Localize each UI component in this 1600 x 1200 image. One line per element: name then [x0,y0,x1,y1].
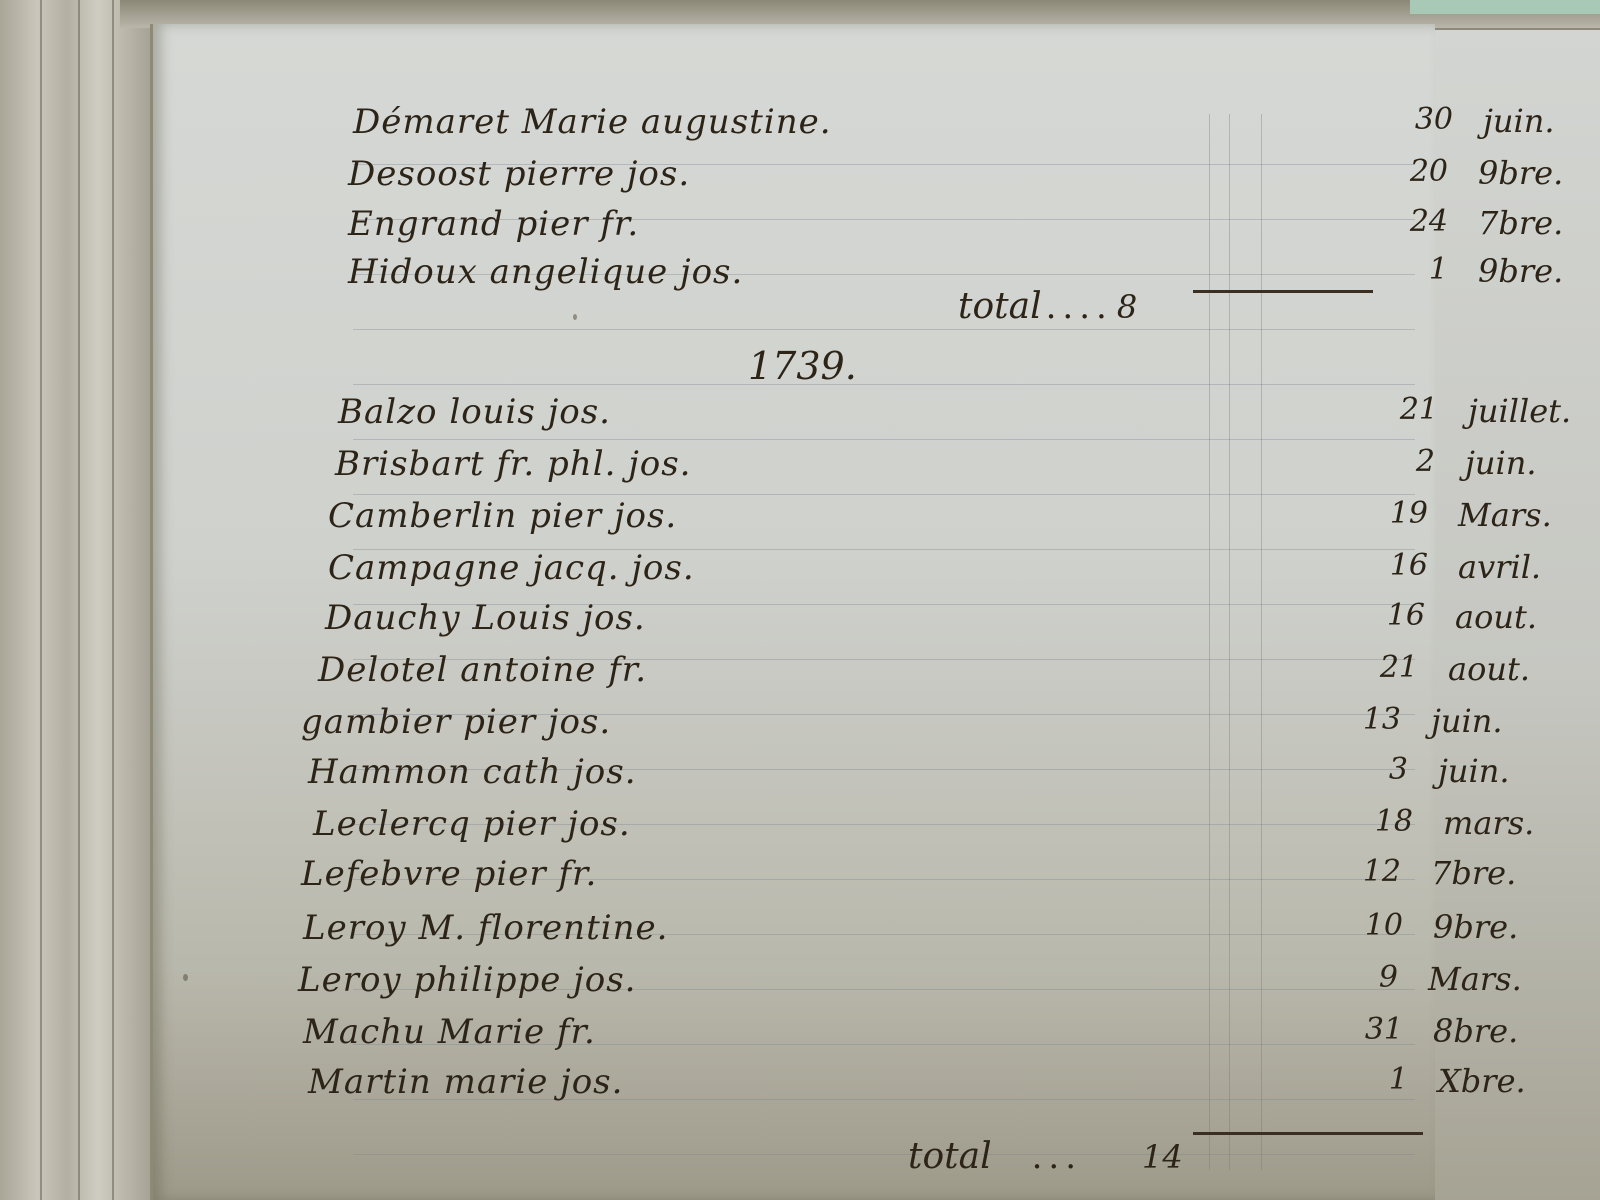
entry-name: Leroy philippe jos. [298,960,636,1000]
entry-day: 1 [1388,252,1448,287]
total-label: total [958,286,1042,327]
register-entry: gambier pier jos. 13 juin. [301,702,611,756]
register-entry: Desoost pierre jos. 20 9bre. [348,154,690,208]
entry-day: 18 [1353,804,1413,839]
entry-name: Lefebvre pier fr. [301,854,597,894]
register-entry: Engrand pier fr. 24 7bre. [348,204,639,258]
register-entry: Camberlin pier jos. 19 Mars. [328,496,677,550]
entry-day: 16 [1368,548,1428,583]
total-dots: ... [1032,1137,1082,1177]
register-entry: Hidoux angelique jos. 1 9bre. [348,252,743,306]
entry-day: 9 [1338,960,1398,995]
entry-month: 9bre. [1433,908,1518,946]
entry-month: juin. [1465,444,1537,482]
entry-month: juin. [1483,102,1555,140]
register-entry: Campagne jacq. jos. 16 avril. [328,548,695,602]
entry-month: juillet. [1468,392,1571,430]
register-entry: Leroy M. florentine. 10 9bre. [303,908,668,962]
register-entry: Machu Marie fr. 31 8bre. [303,1012,596,1066]
entry-day: 10 [1343,908,1403,943]
entry-name: Camberlin pier jos. [328,496,677,536]
entry-name: Machu Marie fr. [303,1012,596,1052]
binding-fold [78,0,80,1200]
background-corner [1410,0,1600,14]
binding-fold [112,0,114,1200]
entry-day: 24 [1388,204,1448,239]
register-entry: Brisbart fr. phl. jos. 2 juin. [335,444,691,498]
entry-month: mars. [1443,804,1534,842]
entry-day: 13 [1341,702,1401,737]
entry-day: 21 [1358,650,1418,685]
entry-month: 8bre. [1433,1012,1518,1050]
register-entry: Martin marie jos. 1 Xbre. [308,1062,623,1116]
entry-name: Desoost pierre jos. [348,154,690,194]
entry-name: Campagne jacq. jos. [328,548,695,588]
entry-month: 7bre. [1478,204,1563,242]
entry-day: 3 [1348,752,1408,787]
entry-day: 30 [1393,102,1453,137]
entry-month: 9bre. [1478,252,1563,290]
entry-month: juin. [1431,702,1503,740]
sum-underline [1193,1132,1423,1135]
section-1-total: total .... 8 [958,286,1137,327]
entry-month: 7bre. [1431,854,1516,892]
entry-name: Leclercq pier jos. [313,804,631,844]
entry-month: Mars. [1458,496,1552,534]
register-page: Démaret Marie augustine. 30 juin. Desoos… [150,24,1435,1200]
entry-name: Dauchy Louis jos. [325,598,646,638]
entry-name: Brisbart fr. phl. jos. [335,444,691,484]
entry-name: gambier pier jos. [301,702,611,742]
register-entry: Lefebvre pier fr. 12 7bre. [301,854,597,908]
entry-name: Hammon cath jos. [308,752,637,792]
entry-day: 19 [1368,496,1428,531]
entry-day: 21 [1378,392,1438,427]
register-entry: Leroy philippe jos. 9 Mars. [298,960,636,1014]
entry-day: 12 [1341,854,1401,889]
entry-month: 9bre. [1478,154,1563,192]
register-entry: Hammon cath jos. 3 juin. [308,752,637,806]
entry-day: 2 [1375,444,1435,479]
total-value: 8 [1117,288,1137,326]
binding-fold [40,0,42,1200]
entry-month: avril. [1458,548,1541,586]
entry-day: 20 [1388,154,1448,189]
entry-name: Balzo louis jos. [338,392,611,432]
total-dots: .... [1046,287,1113,327]
total-value: 14 [1142,1138,1183,1176]
section-2-total: total ... 14 [908,1136,1183,1177]
entry-month: Mars. [1428,960,1522,998]
entry-name: Hidoux angelique jos. [348,252,743,292]
year-heading: 1739. [748,344,857,388]
register-entry: Leclercq pier jos. 18 mars. [313,804,631,858]
entry-day: 31 [1343,1012,1403,1047]
entry-month: Xbre. [1438,1062,1526,1100]
entry-name: Démaret Marie augustine. [353,102,832,142]
register-entry: Balzo louis jos. 21 juillet. [338,392,611,446]
entry-name: Leroy M. florentine. [303,908,668,948]
entry-month: juin. [1438,752,1510,790]
book-binding-edge [0,0,150,1200]
register-entry: Démaret Marie augustine. 30 juin. [353,102,832,156]
entry-name: Martin marie jos. [308,1062,623,1102]
entry-name: Engrand pier fr. [348,204,639,244]
sum-underline [1193,290,1373,293]
entry-name: Delotel antoine fr. [318,650,647,690]
entry-month: aout. [1448,650,1530,688]
entry-month: aout. [1455,598,1537,636]
register-entry: Dauchy Louis jos. 16 aout. [325,598,646,652]
entry-day: 1 [1348,1062,1408,1097]
register-entry: Delotel antoine fr. 21 aout. [318,650,647,704]
total-label: total [908,1136,992,1177]
entry-day: 16 [1365,598,1425,633]
